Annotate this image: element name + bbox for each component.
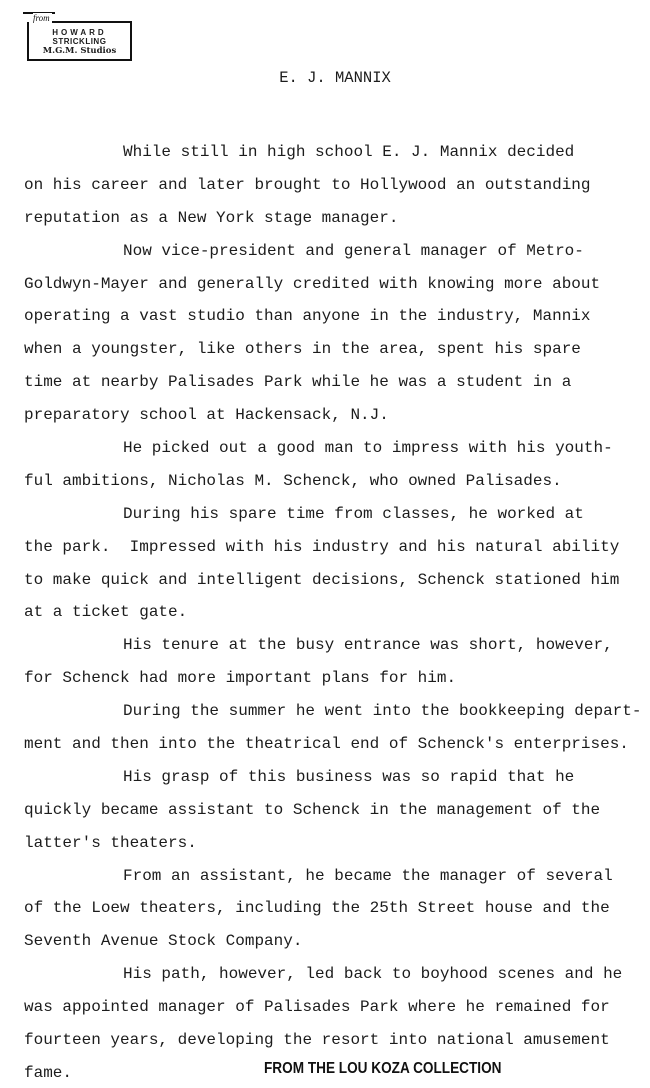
text-line: ful ambitions, Nicholas M. Schenck, who … — [24, 465, 650, 498]
text-line: on his career and later brought to Holly… — [24, 169, 650, 202]
paragraph-first-line: His grasp of this business was so rapid … — [24, 761, 650, 794]
text-line: fourteen years, developing the resort in… — [24, 1024, 650, 1057]
paragraph-first-line: During his spare time from classes, he w… — [24, 498, 650, 531]
text-line: operating a vast studio than anyone in t… — [24, 300, 650, 333]
paragraph-first-line: Now vice-president and general manager o… — [24, 235, 650, 268]
paragraph-first-line: His tenure at the busy entrance was shor… — [24, 629, 650, 662]
text-line: was appointed manager of Palisades Park … — [24, 991, 650, 1024]
text-line: reputation as a New York stage manager. — [24, 202, 650, 235]
text-line: ment and then into the theatrical end of… — [24, 728, 650, 761]
paragraph-first-line: During the summer he went into the bookk… — [24, 695, 650, 728]
text-line: latter's theaters. — [24, 827, 650, 860]
stamp-from-label: from — [33, 13, 52, 23]
text-line: of the Loew theaters, including the 25th… — [24, 892, 650, 925]
text-line: Seventh Avenue Stock Company. — [24, 925, 650, 958]
document-body: While still in high school E. J. Mannix … — [24, 136, 650, 1088]
text-line: Goldwyn-Mayer and generally credited wit… — [24, 268, 650, 301]
paragraph-first-line: While still in high school E. J. Mannix … — [24, 136, 650, 169]
paragraph-first-line: His path, however, led back to boyhood s… — [24, 958, 650, 991]
text-line: for Schenck had more important plans for… — [24, 662, 650, 695]
text-line: preparatory school at Hackensack, N.J. — [24, 399, 650, 432]
publicity-stamp: from HOWARD STRICKLING M.G.M. Studios — [27, 22, 132, 61]
text-line: time at nearby Palisades Park while he w… — [24, 366, 650, 399]
collection-credit: FROM THE LOU KOZA COLLECTION — [264, 1060, 501, 1078]
text-line: to make quick and intelligent decisions,… — [24, 564, 650, 597]
stamp-name-last: STRICKLING — [29, 37, 130, 46]
text-line: quickly became assistant to Schenck in t… — [24, 794, 650, 827]
paragraph-first-line: From an assistant, he became the manager… — [24, 860, 650, 893]
text-line: at a ticket gate. — [24, 596, 650, 629]
document-title: E. J. MANNIX — [0, 69, 650, 87]
text-line: when a youngster, like others in the are… — [24, 333, 650, 366]
stamp-studio: M.G.M. Studios — [29, 46, 130, 57]
stamp-border-top — [51, 21, 132, 23]
paragraph-first-line: He picked out a good man to impress with… — [24, 432, 650, 465]
text-line: the park. Impressed with his industry an… — [24, 531, 650, 564]
stamp-name-first: HOWARD — [29, 28, 130, 37]
